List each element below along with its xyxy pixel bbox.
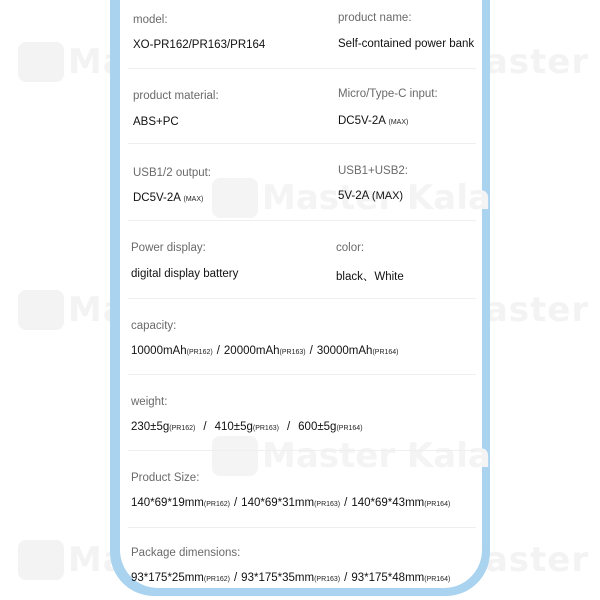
spec-value: digital display battery: [131, 268, 238, 280]
model-tag: (PR162): [187, 349, 213, 356]
weight-value: 600±5g: [298, 421, 336, 433]
spec-value: 93*175*25mm(PR162)/93*175*35mm(PR163)/93…: [131, 572, 450, 584]
spec-value-main: 5V-2A: [338, 190, 369, 202]
model-tag: (PR163): [280, 349, 306, 356]
separator: /: [203, 421, 206, 433]
capacity-value: 30000mAh: [317, 345, 373, 357]
spec-label: weight:: [131, 396, 167, 408]
size-value: 140*69*19mm: [131, 497, 204, 509]
model-tag: (PR162): [204, 576, 230, 583]
spec-value: 140*69*19mm(PR162)/140*69*31mm(PR163)/14…: [131, 497, 450, 509]
spec-label: product name:: [338, 12, 412, 24]
spec-value: 10000mAh(PR162)/20000mAh(PR163)/30000mAh…: [131, 345, 399, 357]
size-value: 140*69*31mm: [241, 497, 314, 509]
model-tag: (PR164): [424, 576, 450, 583]
spec-label: capacity:: [131, 320, 176, 332]
separator: /: [310, 345, 313, 357]
spec-label: Package dimensions:: [131, 547, 240, 559]
spec-row-product-size: Product Size: 140*69*19mm(PR162)/140*69*…: [128, 450, 476, 528]
model-tag: (PR163): [253, 425, 279, 432]
separator: /: [344, 497, 347, 509]
spec-row: USB1/2 output: DC5V-2A (MAX) USB1+USB2: …: [128, 143, 476, 221]
spec-value-main: DC5V-2A: [338, 115, 385, 127]
spec-value: XO-PR162/PR163/PR164: [133, 39, 265, 51]
size-value: 140*69*43mm: [351, 497, 424, 509]
watermark-logo-icon: [18, 42, 64, 82]
model-tag: (PR163): [314, 501, 340, 508]
package-value: 93*175*48mm: [351, 572, 424, 584]
model-tag: (PR164): [424, 501, 450, 508]
spec-value-main: DC5V-2A: [133, 192, 180, 204]
model-tag: (PR163): [314, 576, 340, 583]
model-tag: (PR164): [336, 425, 362, 432]
spec-row-package: Package dimensions: 93*175*25mm(PR162)/9…: [128, 527, 476, 600]
capacity-value: 20000mAh: [224, 345, 280, 357]
spec-label: product material:: [133, 90, 219, 102]
spec-value: 5V-2A (MAX): [338, 190, 403, 202]
spec-label: Micro/Type-C input:: [338, 88, 438, 100]
spec-value-suffix: (MAX): [372, 190, 403, 202]
package-value: 93*175*25mm: [131, 572, 204, 584]
spec-row: model: XO-PR162/PR163/PR164 product name…: [128, 0, 476, 69]
weight-value: 410±5g: [215, 421, 253, 433]
spec-label: model:: [133, 14, 168, 26]
spec-list: model: XO-PR162/PR163/PR164 product name…: [120, 0, 482, 600]
package-value: 93*175*35mm: [241, 572, 314, 584]
spec-label: USB1/2 output:: [133, 167, 211, 179]
spec-row-weight: weight: 230±5g(PR162)/410±5g(PR163)/600±…: [128, 374, 476, 451]
spec-value: ABS+PC: [133, 116, 179, 128]
spec-value: Self-contained power bank: [338, 38, 474, 50]
separator: /: [234, 572, 237, 584]
separator: /: [234, 497, 237, 509]
spec-row-capacity: capacity: 10000mAh(PR162)/20000mAh(PR163…: [128, 298, 476, 375]
model-tag: (PR162): [204, 501, 230, 508]
separator: /: [217, 345, 220, 357]
spec-label: color:: [336, 242, 364, 254]
spec-value: black、White: [336, 268, 404, 284]
separator: /: [344, 572, 347, 584]
separator: /: [287, 421, 290, 433]
spec-value: DC5V-2A (MAX): [133, 192, 203, 204]
weight-value: 230±5g: [131, 421, 169, 433]
spec-row: Power display: digital display battery c…: [128, 220, 476, 299]
model-tag: (PR164): [372, 349, 398, 356]
spec-label: USB1+USB2:: [338, 165, 408, 177]
spec-label: Power display:: [131, 242, 206, 254]
capacity-value: 10000mAh: [131, 345, 187, 357]
spec-row: product material: ABS+PC Micro/Type-C in…: [128, 68, 476, 144]
watermark-logo-icon: [18, 540, 64, 580]
spec-label: Product Size:: [131, 472, 199, 484]
spec-value: DC5V-2A (MAX): [338, 115, 408, 127]
watermark-logo-icon: [18, 290, 64, 330]
spec-value: 230±5g(PR162)/410±5g(PR163)/600±5g(PR164…: [131, 421, 363, 433]
model-tag: (PR162): [169, 425, 195, 432]
spec-value-suffix: (MAX): [389, 119, 409, 126]
spec-value-suffix: (MAX): [184, 196, 204, 203]
